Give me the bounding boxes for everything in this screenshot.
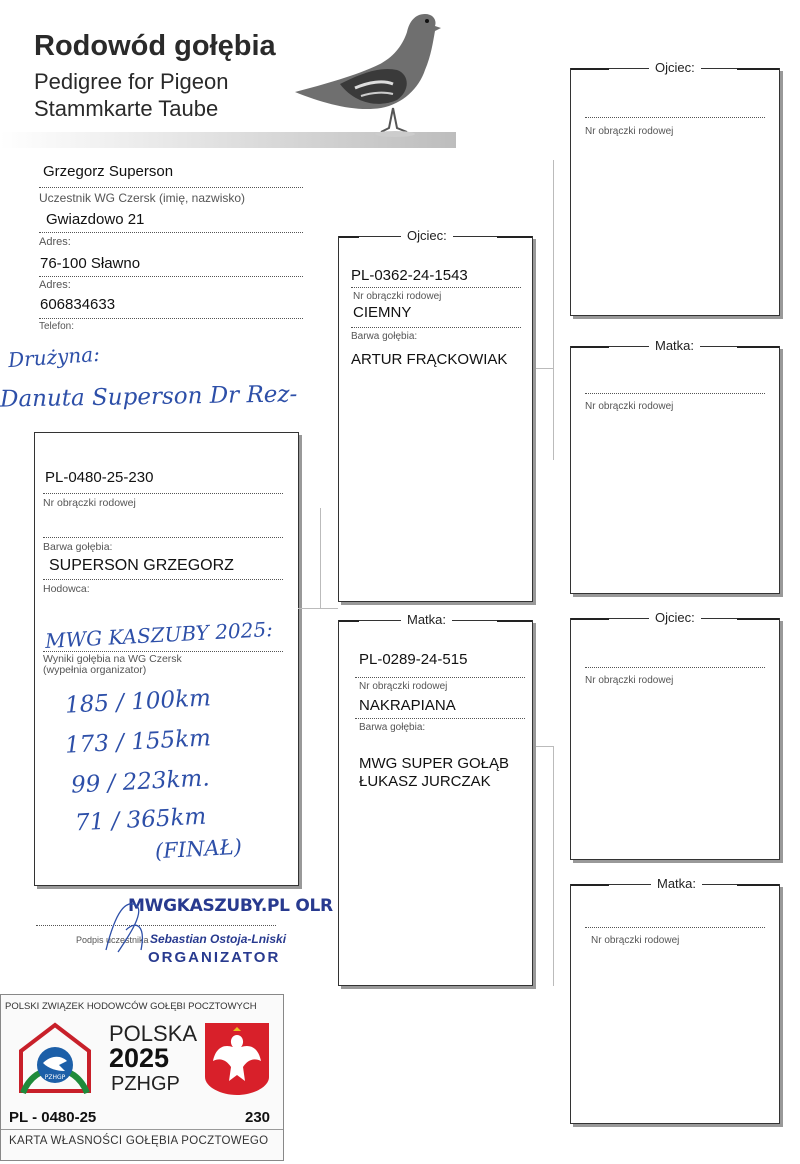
divider (585, 393, 765, 394)
document-title: Rodowód gołębia (34, 30, 276, 63)
maternal-grandfather-box: Ojciec: Nr obrączki rodowej (570, 618, 780, 860)
main-breeder-value: SUPERSON GRZEGORZ (49, 557, 234, 575)
result-line-2: 173 / 155km (64, 725, 211, 759)
mother-title: Matka: (401, 612, 452, 627)
mother-color-label: Barwa gołębia: (359, 722, 425, 733)
card-year: 2025 (109, 1043, 169, 1074)
father-ring-label: Nr obrączki rodowej (353, 291, 441, 302)
grandparent-ring-label: Nr obrączki rodowej (585, 126, 673, 137)
divider (39, 276, 303, 277)
grandparent-title: Ojciec: (649, 610, 701, 625)
signature-line (36, 925, 276, 926)
father-color-value: CIEMNY (353, 304, 411, 321)
paternal-grandfather-box: Ojciec: Nr obrączki rodowej (570, 68, 780, 316)
result-line-1: 185 / 100km (64, 685, 211, 719)
results-label: Wyniki gołębia na WG Czersk (wypełnia or… (43, 654, 183, 676)
main-ring-label: Nr obrączki rodowej (43, 497, 136, 509)
divider (43, 537, 283, 538)
divider (355, 677, 525, 678)
connector-line (553, 746, 554, 986)
main-ring-value: PL-0480-25-230 (45, 469, 153, 486)
grandparent-ring-label: Nr obrączki rodowej (585, 675, 673, 686)
grandparent-title: Matka: (649, 338, 700, 353)
paternal-grandmother-box: Matka: Nr obrączki rodowej (570, 346, 780, 594)
father-color-label: Barwa gołębia: (351, 331, 417, 342)
address1-label: Adres: (39, 236, 71, 248)
phone-label: Telefon: (39, 321, 74, 332)
team-label-handwritten: Drużyna: (7, 342, 100, 372)
mother-notes-1: MWG SUPER GOŁĄB (359, 755, 509, 772)
divider (43, 493, 283, 494)
grandparent-title: Ojciec: (649, 60, 701, 75)
divider (355, 718, 525, 719)
father-box: Ojciec: PL-0362-24-1543 Nr obrączki rodo… (338, 236, 533, 602)
pigeon-illustration (285, 4, 455, 144)
address2-label: Adres: (39, 279, 71, 291)
connector-line (533, 746, 553, 747)
connector-line (298, 608, 338, 609)
divider (39, 232, 303, 233)
ownership-card: POLSKI ZWIĄZEK HODOWCÓW GOŁĘBI POCZTOWYC… (0, 994, 284, 1161)
divider (585, 667, 765, 668)
address1-value: Gwiazdowo 21 (46, 211, 144, 228)
mother-box: Matka: PL-0289-24-515 Nr obrączki rodowe… (338, 620, 533, 986)
subtitle-english: Pedigree for Pigeon (34, 69, 228, 95)
owner-name-label: Uczestnik WG Czersk (imię, nazwisko) (39, 191, 245, 205)
grandparent-ring-label: Nr obrączki rodowej (585, 401, 673, 412)
organizer-stamp-role: ORGANIZATOR (148, 949, 280, 966)
pzhgp-logo: PZHGP (15, 1021, 95, 1097)
divider (351, 287, 521, 288)
svg-text:PZHGP: PZHGP (45, 1074, 66, 1081)
card-ring-number: 230 (245, 1109, 270, 1126)
connector-line (533, 368, 553, 369)
subtitle-german: Stammkarte Taube (34, 96, 218, 122)
signature-scribble (96, 890, 156, 960)
phone-value: 606834633 (40, 296, 115, 313)
divider (43, 579, 283, 580)
father-ring-value: PL-0362-24-1543 (351, 267, 468, 284)
owner-name-value: Grzegorz Superson (43, 163, 173, 180)
card-footer: KARTA WŁASNOŚCI GOŁĘBIA POCZTOWEGO (9, 1135, 268, 1147)
address2-value: 76-100 Sławno (40, 255, 140, 272)
connector-line (320, 508, 321, 608)
card-org: PZHGP (111, 1073, 180, 1096)
organizer-stamp-name: Sebastian Ostoja-Lniski (150, 932, 286, 946)
connector-line (553, 160, 554, 460)
polish-eagle-emblem (203, 1021, 271, 1097)
mother-color-value: NAKRAPIANA (359, 697, 456, 714)
divider (39, 318, 303, 319)
divider (43, 651, 283, 652)
mother-ring-label: Nr obrączki rodowej (359, 681, 447, 692)
father-title: Ojciec: (401, 228, 453, 243)
organizer-stamp-title: MWGKASZUBY.PL OLR (128, 896, 333, 916)
result-final: (FINAŁ) (154, 835, 242, 864)
result-line-4: 71 / 365km (74, 804, 206, 837)
divider (585, 927, 765, 928)
main-breeder-label: Hodowca: (43, 583, 90, 595)
divider (39, 187, 303, 188)
main-color-label: Barwa gołębia: (43, 541, 112, 553)
team-members-handwritten: Danuta Superson Dr Rez- (0, 381, 298, 412)
maternal-grandmother-box: Matka: Nr obrączki rodowej (570, 884, 780, 1124)
mother-notes-2: ŁUKASZ JURCZAK (359, 773, 491, 790)
main-bird-box: PL-0480-25-230 Nr obrączki rodowej Barwa… (34, 432, 299, 886)
result-line-3: 99 / 223km. (70, 765, 210, 798)
father-notes: ARTUR FRĄCKOWIAK (351, 351, 507, 368)
mother-ring-value: PL-0289-24-515 (359, 651, 467, 668)
grandparent-title: Matka: (651, 876, 702, 891)
divider (585, 117, 765, 118)
grandparent-ring-label: Nr obrączki rodowej (591, 935, 679, 946)
card-ring-prefix: PL - 0480-25 (9, 1109, 96, 1126)
results-heading-handwritten: MWG KASZUBY 2025: (45, 617, 274, 653)
card-header: POLSKI ZWIĄZEK HODOWCÓW GOŁĘBI POCZTOWYC… (5, 1001, 257, 1012)
divider (351, 327, 521, 328)
